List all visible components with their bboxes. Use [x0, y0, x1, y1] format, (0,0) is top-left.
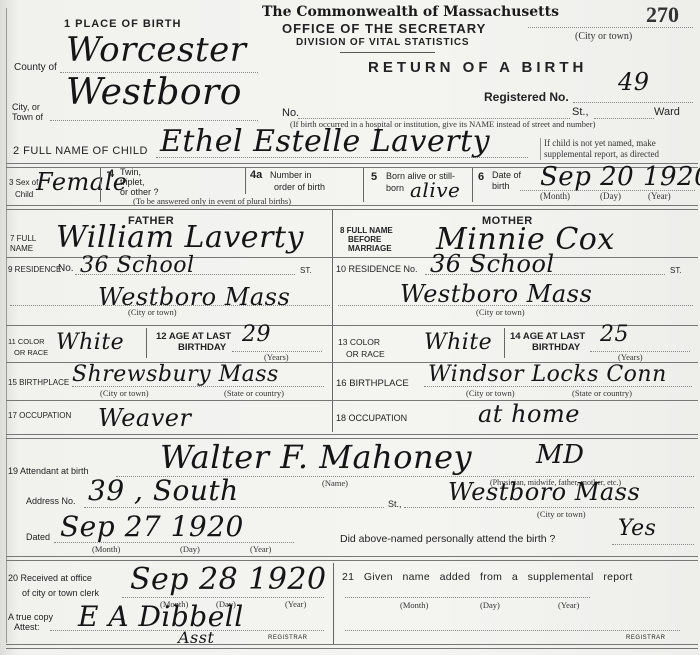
dob-label: Date of birth	[492, 170, 521, 192]
registrar-caption-left: REGISTRAR	[268, 635, 308, 641]
form-title: RETURN OF A BIRTH	[368, 59, 587, 76]
city-label: City, or Town of	[12, 102, 43, 122]
mother-residence-value: 36 School	[430, 250, 555, 278]
true-copy-label: A true copy Attest:	[8, 612, 53, 632]
twin-label: Twin, triplet, or other ?	[120, 167, 159, 197]
dob-label-line1: Date of	[492, 170, 521, 181]
division-heading: DIVISION OF VITAL STATISTICS	[296, 37, 469, 48]
place-of-birth-label: 1 PLACE OF BIRTH	[64, 18, 181, 30]
father-years-caption: (Years)	[264, 352, 289, 362]
dob-label-line2: birth	[492, 181, 521, 192]
city-label-line2: Town of	[12, 112, 43, 122]
mother-name-label-line3: MARRIAGE	[340, 244, 393, 253]
registered-no-value: 49	[618, 68, 650, 96]
order-label-line2: order of birth	[270, 181, 325, 193]
attendant-name-value: Walter F. Mahoney	[160, 438, 472, 476]
street-st-label: St.,	[572, 106, 589, 118]
true-copy-label-line2: Attest:	[8, 622, 53, 632]
mother-color-value: White	[424, 330, 492, 355]
ward-line	[594, 118, 654, 119]
mother-age-label-line1: 14 AGE AT LAST	[510, 331, 585, 342]
received-label: 20 Received at office of city or town cl…	[8, 571, 99, 601]
mother-occupation-label: 18 OCCUPATION	[336, 413, 407, 423]
mother-name-label-line2: BEFORE	[340, 235, 393, 244]
sex-label-line2: Child	[9, 189, 38, 201]
attendant-address-value: 39 , South	[88, 474, 239, 507]
mother-city-caption: (City or town)	[476, 307, 525, 317]
mother-birthplace-value: Windsor Locks Conn	[428, 362, 667, 387]
not-named-note-line2: supplemental report, as directed	[544, 149, 659, 160]
father-birthplace-value: Shrewsbury Mass	[72, 362, 279, 387]
alive-number: 5	[371, 171, 377, 183]
row-divider-6	[6, 400, 698, 401]
office-heading: OFFICE OF THE SECRETARY	[282, 21, 486, 36]
not-named-note-line1: If child is not yet named, make	[544, 138, 659, 149]
supplemental-month-caption: (Month)	[400, 600, 428, 610]
city-town-line	[528, 27, 693, 28]
attendant-city-caption: (City or town)	[537, 509, 586, 519]
mother-birthplace-city-caption: (City or town)	[466, 388, 515, 398]
received-label-line1: 20 Received at office	[8, 571, 99, 586]
row-divider-8	[6, 556, 698, 561]
mother-color-divider	[504, 328, 505, 358]
commonwealth-heading: The Commonwealth of Massachusetts	[262, 4, 559, 20]
sex-label: 3 Sex of Child	[9, 177, 38, 201]
father-color-divider	[146, 328, 147, 358]
father-age-value: 29	[242, 322, 271, 347]
father-color-label-line1: 11 COLOR	[8, 336, 48, 347]
order-label-line1: Number in	[270, 169, 325, 181]
birth-certificate-page: The Commonwealth of Massachusetts OFFICE…	[0, 0, 700, 655]
dated-month-caption: (Month)	[92, 544, 120, 554]
parents-center-divider	[332, 210, 333, 432]
twin-number: 4	[108, 168, 114, 180]
attendant-title-value: MD	[536, 440, 584, 470]
mother-color-label-line1: 13 COLOR	[338, 336, 385, 348]
dob-divider	[472, 168, 473, 202]
supplemental-day-caption: (Day)	[480, 600, 500, 610]
mother-residence-label: 10 RESIDENCE No.	[336, 264, 418, 274]
not-named-note: If child is not yet named, make suppleme…	[540, 138, 659, 160]
mother-name-label-line1: 8 FULL NAME	[340, 226, 393, 235]
mother-age-label-line2: BIRTHDAY	[510, 342, 585, 353]
dated-day-caption: (Day)	[180, 544, 200, 554]
dated-label: Dated	[26, 532, 50, 542]
attendant-st-label: St.,	[388, 499, 402, 509]
dated-value: Sep 27 1920	[60, 510, 244, 543]
ward-label: Ward	[654, 106, 680, 118]
attend-answer-value: Yes	[618, 516, 656, 541]
attend-question: Did above-named personally attend the bi…	[340, 533, 555, 545]
mother-city-value: Westboro Mass	[400, 280, 592, 308]
father-residence-label: 9 RESIDENCE	[8, 265, 61, 274]
dob-month-caption: (Month)	[540, 191, 570, 201]
row-divider-2	[6, 205, 698, 210]
page-number: 270	[646, 2, 679, 28]
attendant-address-label: Address No.	[26, 496, 76, 506]
mother-years-caption: (Years)	[618, 352, 643, 362]
attest-signature: E A Dibbell	[78, 600, 244, 633]
father-residence-st-label: ST.	[300, 266, 312, 275]
father-color-value: White	[56, 330, 124, 355]
sex-label-line1: 3 Sex of	[9, 177, 38, 189]
dob-value: Sep 20 1920	[540, 162, 700, 192]
father-color-label-line2: OR RACE	[8, 347, 48, 358]
header-rule	[340, 52, 435, 53]
city-value: Westboro	[66, 72, 242, 113]
supplemental-date-line	[345, 597, 590, 598]
father-age-label-line1: 12 AGE AT LAST	[156, 331, 231, 342]
father-name-label: 7 FULL NAME	[10, 234, 36, 254]
attendant-city-line	[404, 507, 694, 508]
supplemental-registrar-line	[345, 630, 680, 631]
alive-divider	[363, 168, 364, 202]
bottom-border	[6, 644, 698, 649]
attendant-city-value: Westboro Mass	[448, 478, 640, 506]
father-birthplace-city-caption: (City or town)	[100, 388, 149, 398]
mother-birthplace-state-caption: (State or country)	[572, 388, 632, 398]
registered-no-label: Registered No.	[484, 90, 569, 104]
father-name-label-line2: NAME	[10, 244, 36, 254]
dated-year-caption: (Year)	[250, 544, 271, 554]
county-label: County of	[14, 62, 57, 73]
registered-no-line	[573, 102, 693, 103]
attend-answer-line	[612, 544, 694, 545]
sex-divider	[100, 168, 101, 202]
father-age-label: 12 AGE AT LAST BIRTHDAY	[156, 331, 231, 353]
father-birthplace-state-caption: (State or country)	[224, 388, 284, 398]
dob-year-caption: (Year)	[648, 191, 671, 201]
father-city-caption: (City or town)	[128, 307, 177, 317]
father-color-label: 11 COLOR OR RACE	[8, 336, 48, 358]
received-value: Sep 28 1920	[130, 562, 327, 597]
father-occupation-label: 17 OCCUPATION	[8, 411, 71, 420]
row-divider-4	[6, 325, 698, 326]
twin-label-line1: Twin,	[120, 167, 159, 177]
father-occupation-value: Weaver	[98, 404, 191, 432]
supplemental-label: 21 Given name added from a supplemental …	[342, 571, 633, 583]
city-town-caption: (City or town)	[575, 31, 632, 42]
father-name-label-line1: 7 FULL	[10, 234, 36, 244]
received-year-caption: (Year)	[285, 599, 306, 609]
mother-age-value: 25	[600, 322, 629, 347]
father-age-label-line2: BIRTHDAY	[156, 342, 231, 353]
received-line	[122, 597, 324, 598]
attendant-address-line	[84, 507, 384, 508]
child-name-label: 2 FULL NAME OF CHILD	[13, 145, 148, 157]
mother-birthplace-label: 16 BIRTHPLACE	[336, 378, 409, 389]
mother-color-label-line2: OR RACE	[338, 348, 385, 360]
order-divider	[245, 168, 246, 194]
bottom-center-divider	[333, 563, 334, 645]
county-value: Worcester	[66, 30, 247, 70]
mother-name-label: 8 FULL NAME BEFORE MARRIAGE	[340, 226, 393, 253]
father-birthplace-label: 15 BIRTHPLACE	[8, 378, 69, 387]
father-residence-value: 36 School	[80, 253, 195, 278]
order-label: Number in order of birth	[270, 169, 325, 193]
father-city-value: Westboro Mass	[98, 283, 290, 311]
father-residence-no-label: No.	[58, 263, 74, 274]
alive-value: alive	[410, 178, 460, 202]
mother-residence-st-label: ST.	[670, 266, 682, 275]
true-copy-label-line1: A true copy	[8, 612, 53, 622]
dob-day-caption: (Day)	[600, 191, 621, 201]
father-name-value: William Laverty	[56, 220, 304, 255]
attendant-label: 19 Attendant at birth	[8, 466, 89, 476]
mother-occupation-value: at home	[478, 400, 580, 428]
dob-number: 6	[478, 171, 484, 183]
order-number: 4a	[250, 169, 262, 181]
city-label-line1: City, or	[12, 102, 43, 112]
registrar-caption-right: REGISTRAR	[626, 635, 666, 641]
twin-label-line2: triplet,	[120, 177, 159, 187]
city-line	[50, 120, 258, 121]
child-name-value: Ethel Estelle Laverty	[160, 124, 490, 159]
attendant-name-caption: (Name)	[322, 478, 348, 488]
supplemental-year-caption: (Year)	[558, 600, 579, 610]
mother-age-label: 14 AGE AT LAST BIRTHDAY	[510, 331, 585, 353]
mother-color-label: 13 COLOR OR RACE	[338, 336, 385, 360]
received-label-line2: of city or town clerk	[8, 586, 99, 601]
street-no-label: No.	[282, 107, 299, 119]
